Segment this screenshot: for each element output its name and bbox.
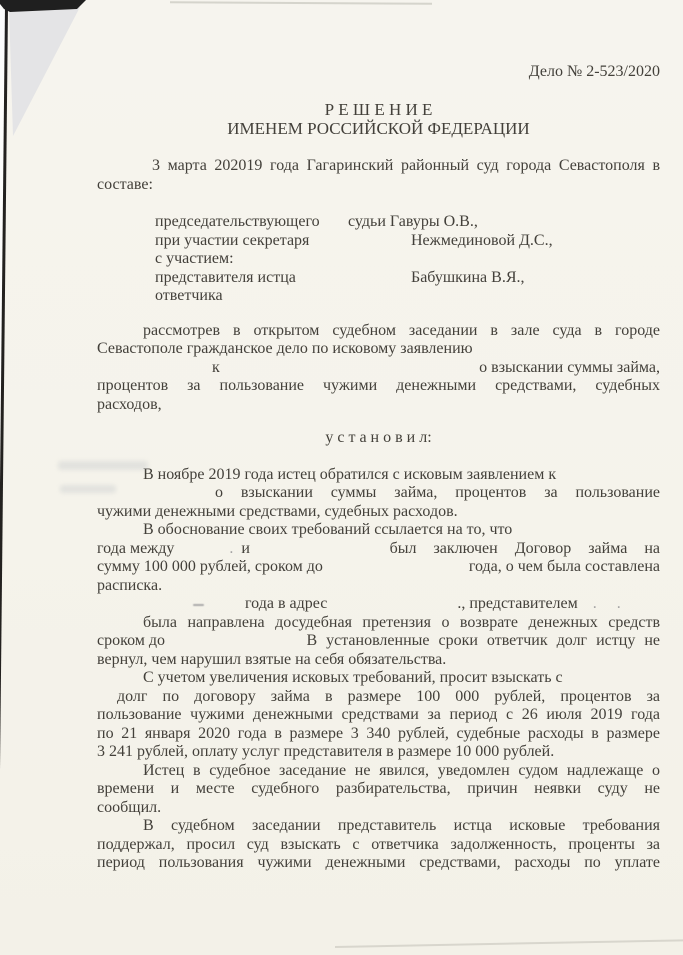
body-line: вернул, чем нарушил взятые на себя обяза…: [97, 651, 660, 670]
body-line: чужими денежными средствами, судебных ра…: [97, 503, 660, 522]
body-line: В судебном заседании представитель истца…: [97, 817, 660, 836]
body-line: Истец в судебное заседание не явился, ув…: [97, 762, 660, 781]
body-text-segment: года в адрес: [245, 595, 327, 614]
redaction-residue-dot: .: [229, 540, 233, 559]
body-line: времени и месте судебного разбирательств…: [97, 780, 660, 799]
body-line: пользование чужими денежными средствами …: [97, 706, 660, 725]
intro-line: составе:: [97, 176, 660, 195]
body-line-redacted: сумму 100 000 рублей, сроком до года, о …: [97, 558, 660, 577]
corner-fold-artifact: [0, 0, 100, 145]
body-line: С учетом увеличения исковых требований, …: [97, 669, 660, 688]
party-label: ответчика: [155, 287, 411, 306]
body-line: была направлена досудебная претензия о в…: [97, 614, 660, 633]
body-line: долг по договору займа в размере 100 000…: [97, 688, 660, 707]
party-value: судьи Гавуры О.В.,: [348, 213, 478, 232]
decision-subtitle: ИМЕНЕМ РОССИЙСКОЙ ФЕДЕРАЦИИ: [97, 119, 660, 138]
intro-line: 3 марта 202019 года Гагаринский районный…: [97, 157, 660, 176]
body-line: расписка.: [97, 577, 660, 596]
paragraph-demands: С учетом увеличения исковых требований, …: [97, 669, 660, 817]
body-line-redacted: к о взыскании суммы займа,: [97, 359, 660, 378]
body-text-segment: сумму 100 000 рублей, сроком до: [97, 558, 323, 577]
party-value: Нежмединовой Д.С.,: [411, 232, 553, 251]
body-text-segment: года между: [97, 540, 174, 559]
party-row: при участии секретаря Нежмединовой Д.С.,: [97, 232, 660, 251]
bottom-edge-artifact: [335, 939, 683, 948]
body-text-segment: В установленные сроки ответчик долг истц…: [306, 632, 660, 651]
body-text-segment: к: [212, 359, 220, 378]
party-row: представителя истца Бабушкина В.Я.,: [97, 269, 660, 288]
scan-smudge: [60, 485, 116, 493]
document-body: Дело № 2-523/2020 Р Е Ш Е Н И Е ИМЕНЕМ Р…: [97, 0, 660, 873]
redaction-residue-dot: .: [617, 595, 621, 614]
body-line: период пользования чужими денежными сред…: [97, 854, 660, 873]
body-line: поддержал, просил суд взыскать с ответчи…: [97, 836, 660, 855]
body-line: процентов за пользование чужими денежным…: [97, 377, 660, 396]
scan-smudge: [193, 604, 204, 606]
party-row: ответчика: [97, 287, 660, 306]
body-text-segment: был заключен Договор займа на: [390, 540, 660, 559]
body-line-redacted: года между . и был заключен Договор займ…: [97, 540, 660, 559]
body-text-segment: сроком до: [97, 632, 165, 651]
body-text-segment: ., представителем: [457, 595, 577, 614]
section-heading-ustanovil: у с т а н о в и л:: [97, 429, 660, 448]
body-text-segment: и: [241, 540, 250, 559]
body-text-segment: о взыскании суммы займа,: [479, 359, 660, 378]
party-label: председательствующего: [155, 213, 348, 232]
party-label: представителя истца: [155, 269, 411, 288]
intro-paragraph: 3 марта 202019 года Гагаринский районный…: [97, 157, 660, 194]
body-line: рассмотрев в открытом судебном заседании…: [97, 322, 660, 341]
paragraph-pretension: года в адрес ., представителем . . была …: [97, 595, 660, 669]
paragraph-considered: рассмотрев в открытом судебном заседании…: [97, 322, 660, 415]
body-line: В ноябре 2019 года истец обратился с иск…: [97, 466, 660, 485]
party-label: с участием:: [155, 250, 411, 269]
paragraph-claim: В ноябре 2019 года истец обратился с иск…: [97, 466, 660, 522]
party-row: с участием:: [97, 250, 660, 269]
party-row: председательствующего судьи Гавуры О.В.,: [97, 213, 660, 232]
body-line: Севастополе гражданское дело по исковому…: [97, 340, 660, 359]
body-line: В обоснование своих требований ссылается…: [97, 521, 660, 540]
body-line-redacted: сроком до В установленные сроки ответчик…: [97, 632, 660, 651]
party-value: Бабушкина В.Я.,: [411, 269, 524, 288]
scanned-page: Дело № 2-523/2020 Р Е Ш Е Н И Е ИМЕНЕМ Р…: [0, 0, 683, 955]
body-line: по 21 января 2020 года в размере 3 340 р…: [97, 725, 660, 744]
body-line-redacted: года в адрес ., представителем . .: [97, 595, 660, 614]
scan-smudge: [58, 461, 148, 470]
body-line: расходов,: [97, 396, 660, 415]
paragraph-hearing: В судебном заседании представитель истца…: [97, 817, 660, 873]
participants-block: председательствующего судьи Гавуры О.В.,…: [97, 213, 660, 306]
body-line: 3 241 рублей, оплату услуг представителя…: [97, 743, 660, 762]
decision-title: Р Е Ш Е Н И Е: [97, 100, 660, 119]
body-line: сообщил.: [97, 799, 660, 818]
redaction-residue-dot: .: [593, 595, 597, 614]
body-line: о взыскании суммы займа, процентов за по…: [97, 484, 660, 503]
case-number: Дело № 2-523/2020: [97, 62, 660, 81]
party-label: при участии секретаря: [155, 232, 411, 251]
paragraph-grounds: В обоснование своих требований ссылается…: [97, 521, 660, 595]
body-text-segment: года, о чем была составлена: [469, 558, 660, 577]
